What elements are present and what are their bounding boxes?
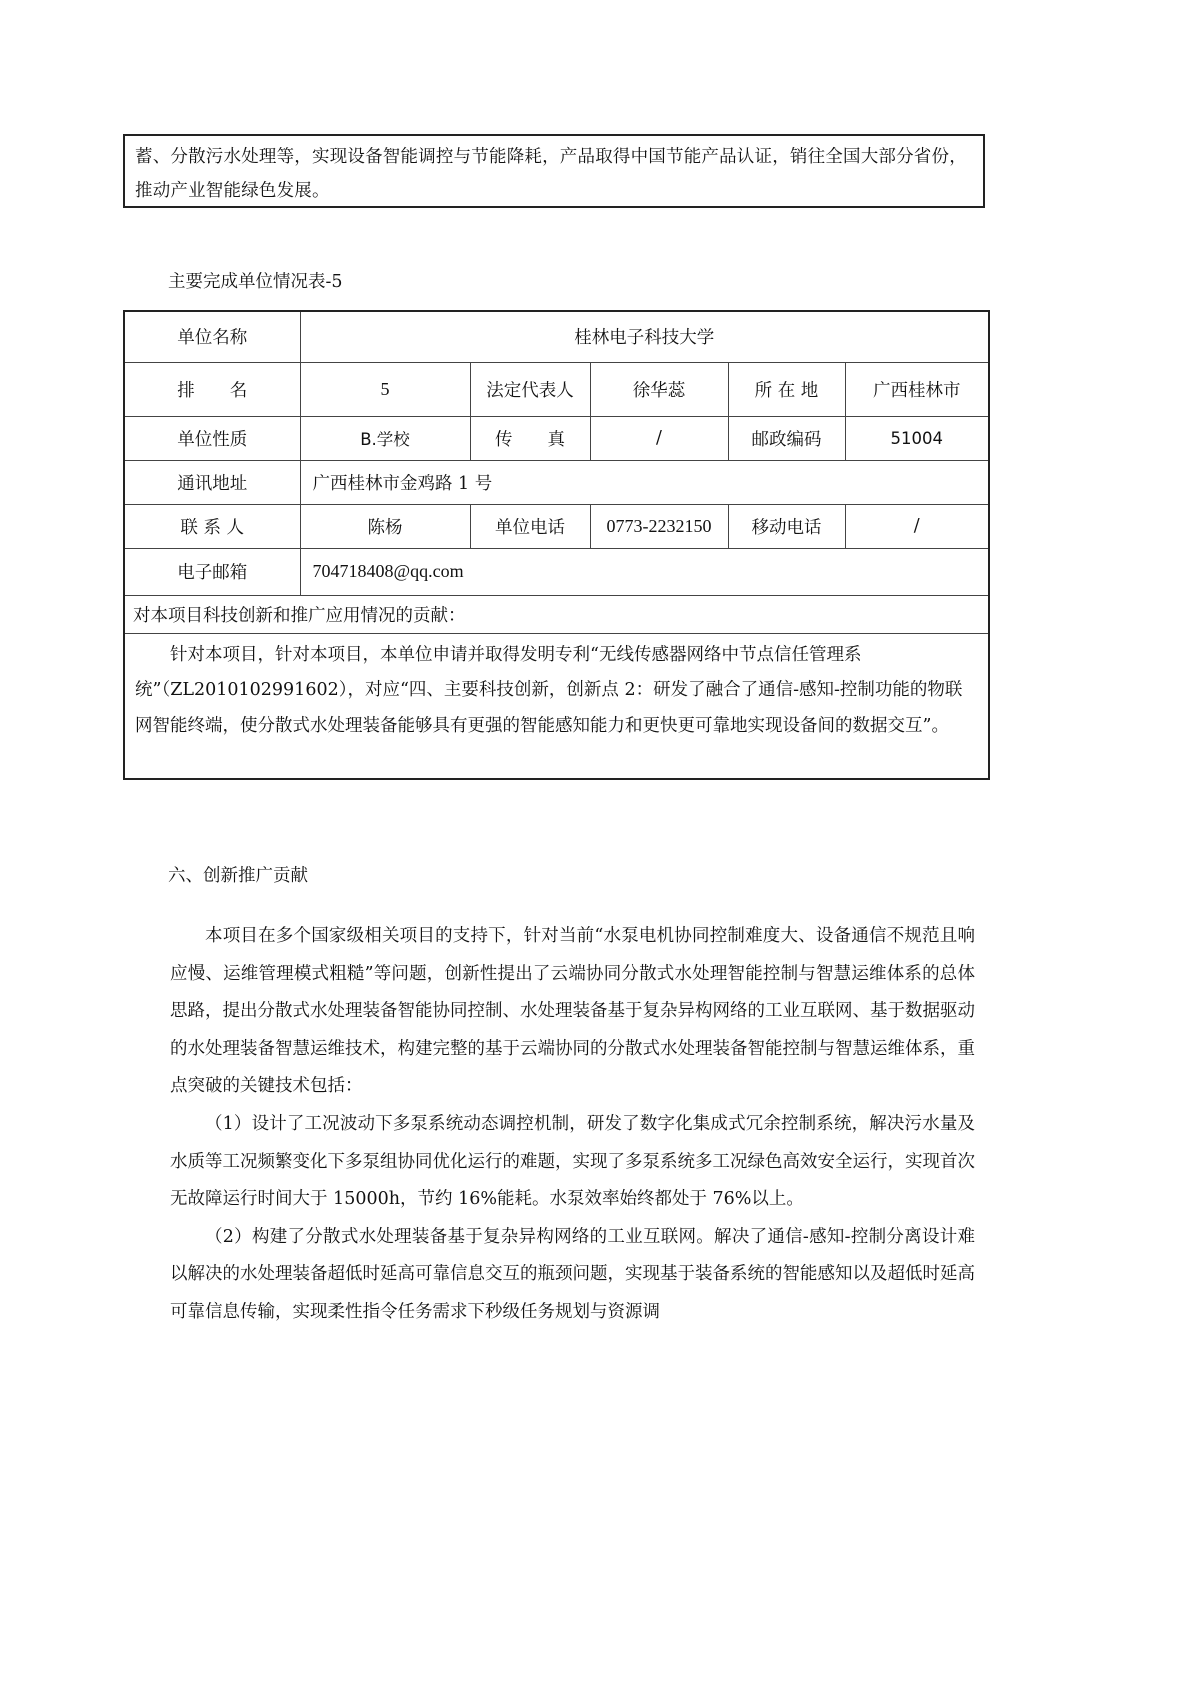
table-caption: 主要完成单位情况表-5 <box>168 268 343 293</box>
label-office-phone: 单位电话 <box>470 504 590 548</box>
section-body: 本项目在多个国家级相关项目的支持下，针对当前“水泵电机协同控制难度大、设备通信不… <box>170 918 975 1332</box>
paragraph-item-1: （1）设计了工况波动下多泵系统动态调控机制，研发了数字化集成式冗余控制系统，解决… <box>170 1106 975 1219</box>
value-postcode: 51004 <box>845 416 989 460</box>
contribution-cell: 针对本项目，针对本项目，本单位申请并取得发明专利“无线传感器网络中节点信任管理系… <box>124 633 989 779</box>
table-row: 单位名称 桂林电子科技大学 <box>124 311 989 362</box>
value-location: 广西桂林市 <box>845 362 989 416</box>
label-fax: 传 真 <box>470 416 590 460</box>
value-fax: / <box>590 416 728 460</box>
label-address: 通讯地址 <box>124 460 300 504</box>
table-row: 通讯地址 广西桂林市金鸡路 1 号 <box>124 460 989 504</box>
value-mobile: / <box>845 504 989 548</box>
label-legal-rep: 法定代表人 <box>470 362 590 416</box>
label-rank: 排 名 <box>124 362 300 416</box>
value-contact: 陈杨 <box>300 504 470 548</box>
label-nature: 单位性质 <box>124 416 300 460</box>
contribution-text: 针对本项目，针对本项目，本单位申请并取得发明专利“无线传感器网络中节点信任管理系… <box>135 638 978 745</box>
paragraph-item-2: （2）构建了分散式水处理装备基于复杂异构网络的工业互联网。解决了通信-感知-控制… <box>170 1219 975 1332</box>
value-rank: 5 <box>300 362 470 416</box>
contribution-heading: 对本项目科技创新和推广应用情况的贡献： <box>124 595 989 633</box>
continuation-box: 蓄、分散污水处理等，实现设备智能调控与节能降耗，产品取得中国节能产品认证，销往全… <box>123 134 985 208</box>
table-row: 电子邮箱 704718408@qq.com <box>124 548 989 595</box>
paragraph-intro: 本项目在多个国家级相关项目的支持下，针对当前“水泵电机协同控制难度大、设备通信不… <box>170 918 975 1106</box>
table-row: 对本项目科技创新和推广应用情况的贡献： <box>124 595 989 633</box>
table-row: 单位性质 B.学校 传 真 / 邮政编码 51004 <box>124 416 989 460</box>
section-title: 六、创新推广贡献 <box>168 862 308 887</box>
label-location: 所 在 地 <box>728 362 845 416</box>
continuation-text: 蓄、分散污水处理等，实现设备智能调控与节能降耗，产品取得中国节能产品认证，销往全… <box>135 147 967 201</box>
value-unit-name: 桂林电子科技大学 <box>300 311 989 362</box>
table-row: 联 系 人 陈杨 单位电话 0773-2232150 移动电话 / <box>124 504 989 548</box>
label-mobile: 移动电话 <box>728 504 845 548</box>
label-email: 电子邮箱 <box>124 548 300 595</box>
value-office-phone: 0773-2232150 <box>590 504 728 548</box>
value-address: 广西桂林市金鸡路 1 号 <box>300 460 989 504</box>
value-nature: B.学校 <box>300 416 470 460</box>
unit-info-table: 单位名称 桂林电子科技大学 排 名 5 法定代表人 徐华蕊 所 在 地 广西桂林… <box>123 310 990 780</box>
label-unit-name: 单位名称 <box>124 311 300 362</box>
label-postcode: 邮政编码 <box>728 416 845 460</box>
table-row: 排 名 5 法定代表人 徐华蕊 所 在 地 广西桂林市 <box>124 362 989 416</box>
table-row: 针对本项目，针对本项目，本单位申请并取得发明专利“无线传感器网络中节点信任管理系… <box>124 633 989 779</box>
value-legal-rep: 徐华蕊 <box>590 362 728 416</box>
label-contact: 联 系 人 <box>124 504 300 548</box>
value-email: 704718408@qq.com <box>300 548 989 595</box>
